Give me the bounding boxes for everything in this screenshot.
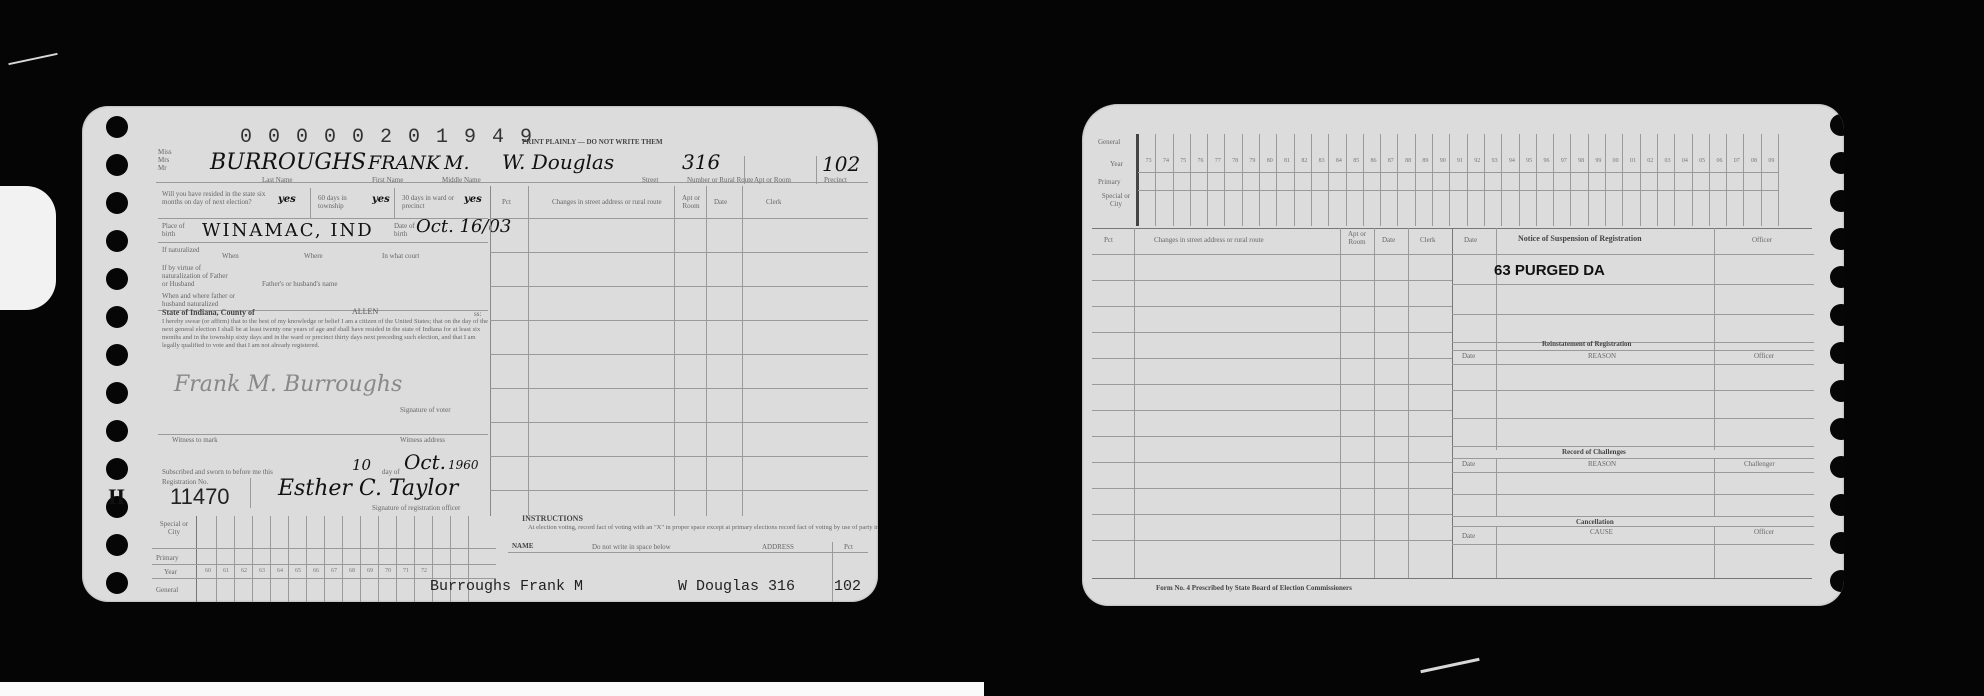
reinstatement-officer-label: Officer: [1754, 352, 1774, 360]
voting-record-back: General Year Primary Special or City 737…: [1094, 134, 1814, 226]
section-mark: II: [108, 484, 125, 510]
divider: [1092, 578, 1812, 579]
grid-line: [1570, 134, 1571, 226]
typed-name: Burroughs Frank M: [430, 578, 583, 595]
reinstatement-heading: Reinstatement of Registration: [1542, 340, 1631, 348]
do-not-write-label: Do not write in space below: [592, 543, 671, 551]
apt-label: Apt or Room: [754, 176, 791, 184]
oath-text: I hereby swear (or affirm) that to the b…: [162, 318, 492, 350]
father-when-where-label: When and where father or husband natural…: [162, 292, 242, 308]
challenges-heading: Record of Challenges: [1562, 448, 1626, 456]
changes-header: Changes in street address or rural route: [1154, 236, 1264, 244]
challenges-reason-label: REASON: [1588, 460, 1616, 468]
naturalized-where-label: Where: [304, 252, 323, 260]
punch-hole: [106, 420, 128, 442]
grid-line: [1484, 134, 1485, 226]
divider: [1092, 280, 1452, 281]
divider: [250, 478, 251, 508]
suspension-officer-label: Officer: [1752, 236, 1772, 244]
date-header: Date: [714, 198, 727, 206]
film-artifact-left: [0, 186, 56, 310]
apt-room-header: Apt or Room: [1342, 230, 1372, 246]
punch-hole: [106, 306, 128, 328]
grid-line: [1657, 134, 1658, 226]
punch-hole: [106, 154, 128, 176]
divider: [528, 186, 529, 516]
residence-township-question: 60 days in township: [318, 194, 368, 210]
punch-hole: [1830, 380, 1844, 402]
precinct-label: Precinct: [824, 176, 847, 184]
punch-hole: [1830, 152, 1844, 174]
card-serial-number: 0 0 0 0 0 2 0 1 9 4 9: [240, 126, 534, 149]
street-value: W. Douglas: [502, 150, 614, 174]
oath-ss: ss:: [474, 310, 481, 318]
punch-hole: [1830, 114, 1844, 136]
witness-address-label: Witness address: [400, 436, 445, 444]
grid-line: [1692, 134, 1693, 226]
subscribed-label: Subscribed and sworn to before me this: [162, 468, 273, 476]
divider: [742, 186, 743, 516]
registration-card-front: 0 0 0 0 0 2 0 1 9 4 9 PRINT PLAINLY — DO…: [82, 106, 878, 602]
grid-line: [1276, 134, 1277, 226]
divider: [1092, 358, 1452, 359]
residence-state-question: Will you have resided in the state six m…: [162, 190, 272, 206]
punch-hole: [106, 230, 128, 252]
grid-line: [1155, 134, 1156, 226]
divider: [490, 218, 868, 219]
middle-name-value: M.: [444, 152, 470, 174]
cancellation-date-label: Date: [1462, 532, 1475, 540]
instructions-heading: INSTRUCTIONS: [522, 514, 583, 523]
last-name-value: BURROUGHS: [210, 150, 366, 175]
punch-hole: [106, 458, 128, 480]
vote-row-year: Year: [1110, 160, 1123, 168]
birth-date-value: Oct. 16/03: [416, 216, 511, 237]
apt-room-header: Apt or Room: [678, 194, 704, 210]
divider: [832, 542, 833, 602]
vote-row-primary: Primary: [156, 554, 179, 562]
punch-hole: [1830, 418, 1844, 440]
precinct-value: 102: [822, 152, 860, 176]
grid-line: [1622, 134, 1623, 226]
divider: [394, 188, 395, 218]
divider: [1092, 436, 1452, 437]
punch-hole: [1830, 304, 1844, 326]
residence-ward-answer: yes: [464, 194, 482, 205]
footer-address-label: ADDRESS: [762, 543, 794, 551]
divider: [1092, 540, 1452, 541]
form-footer: Form No. 4 Prescribed by State Board of …: [1156, 584, 1352, 592]
vote-row-year: Year: [164, 568, 177, 576]
date-header: Date: [1382, 236, 1395, 244]
divider: [490, 320, 868, 321]
punch-hole: [106, 268, 128, 290]
vote-row-special: Special or City: [154, 520, 194, 536]
punch-hole: [106, 572, 128, 594]
grid-line: [1501, 134, 1502, 226]
father-name-label: Father's or husband's name: [262, 280, 337, 288]
grid-line: [1294, 134, 1295, 226]
punch-hole: [106, 116, 128, 138]
birth-date-label: Date of birth: [394, 222, 418, 238]
grid-line: [1380, 134, 1381, 226]
vote-row-primary: Primary: [1098, 178, 1121, 186]
punch-hole: [1830, 342, 1844, 364]
changes-header: Changes in street address or rural route: [552, 198, 662, 206]
naturalized-court-label: In what court: [382, 252, 419, 260]
punch-hole: [106, 344, 128, 366]
grid-line: [1467, 134, 1468, 226]
divider: [1092, 332, 1452, 333]
grid-line: [1346, 134, 1347, 226]
grid-line: [1173, 134, 1174, 226]
suspension-section: Date Notice of Suspension of Registratio…: [1452, 228, 1814, 578]
vote-row-general: General: [1098, 138, 1120, 146]
film-scratch: [1420, 658, 1479, 673]
cancellation-cause-label: CAUSE: [1590, 528, 1613, 536]
grid-line: [1605, 134, 1606, 226]
divider: [490, 354, 868, 355]
film-scratch: [8, 53, 57, 65]
subscribed-year: 1960: [448, 458, 479, 472]
grid-line: [1709, 134, 1710, 226]
punch-hole: [1830, 494, 1844, 516]
divider: [490, 286, 868, 287]
subscribed-month: Oct.: [404, 450, 446, 474]
naturalized-label: If naturalized: [162, 246, 202, 254]
grid-line: [1242, 134, 1243, 226]
divider: [310, 188, 311, 218]
punch-hole: [106, 192, 128, 214]
divider: [1092, 410, 1452, 411]
film-artifact-bottom-strip: [0, 682, 984, 696]
footer-pct-label: Pct: [844, 543, 853, 551]
grid-line: [1432, 134, 1433, 226]
purged-stamp: 63 PURGED DA: [1494, 262, 1605, 279]
divider: [158, 242, 488, 243]
middle-name-label: Middle Name: [442, 176, 481, 184]
divider: [508, 552, 868, 553]
grid-line: [1778, 134, 1779, 226]
residence-ward-question: 30 days in ward or precinct: [402, 194, 462, 210]
divider: [1092, 514, 1452, 515]
divider: [674, 186, 675, 516]
naturalized-when-label: When: [222, 252, 239, 260]
divider: [490, 456, 868, 457]
subscribed-day: 10: [352, 456, 371, 474]
punch-hole: [1830, 190, 1844, 212]
title-label-mr: Mr: [158, 164, 167, 172]
divider: [158, 434, 488, 435]
cancellation-heading: Cancellation: [1576, 518, 1614, 526]
clerk-header: Clerk: [1420, 236, 1436, 244]
divider: [490, 252, 868, 253]
title-label-mrs: Mrs: [158, 156, 169, 164]
first-name-value: FRANK: [368, 152, 440, 174]
challenges-challenger-label: Challenger: [1744, 460, 1775, 468]
witness-mark-label: Witness to mark: [172, 436, 218, 444]
oath-heading: State of Indiana, County of: [162, 308, 255, 317]
vote-row-general: General: [156, 586, 178, 594]
grid-line: [1259, 134, 1260, 226]
registration-officer-label: Signature of registration officer: [372, 504, 460, 512]
house-number-value: 316: [682, 150, 720, 174]
registration-officer-signature: Esther C. Taylor: [278, 476, 458, 501]
divider: [1092, 306, 1452, 307]
grid-line: [1519, 134, 1520, 226]
grid-line: [1415, 134, 1416, 226]
divider: [490, 186, 491, 516]
grid-line: [1553, 134, 1554, 226]
instructions-text: At election voting, record fact of votin…: [528, 524, 878, 532]
divider: [816, 156, 817, 184]
divider: [744, 156, 745, 184]
divider: [706, 186, 707, 516]
punch-hole: [1830, 570, 1844, 592]
reinstatement-date-label: Date: [1462, 352, 1475, 360]
grid-line: [1224, 134, 1225, 226]
birth-place-value: WINAMAC, IND: [202, 220, 374, 241]
divider: [490, 490, 868, 491]
birth-place-label: Place of birth: [162, 222, 192, 238]
divider: [1092, 488, 1452, 489]
vote-row-special: Special or City: [1098, 192, 1134, 208]
residence-state-answer: yes: [278, 194, 296, 205]
grid-line: [1190, 134, 1191, 226]
punch-hole: [1830, 532, 1844, 554]
divider: [490, 388, 868, 389]
grid-line: [1743, 134, 1744, 226]
cancellation-officer-label: Officer: [1754, 528, 1774, 536]
grid-line: [1328, 134, 1329, 226]
grid-line: [1207, 134, 1208, 226]
residence-township-answer: yes: [372, 194, 390, 205]
grid-line: [1761, 134, 1762, 226]
father-naturalization-question: If by virtue of naturalization of Father…: [162, 264, 232, 288]
day-of-label: day of: [382, 468, 400, 476]
punch-hole: [106, 534, 128, 556]
divider: [1092, 254, 1452, 255]
punch-hole: [1830, 266, 1844, 288]
last-name-label: Last Name: [262, 176, 293, 184]
divider: [1092, 384, 1452, 385]
suspension-date-label: Date: [1464, 236, 1477, 244]
grid-line: [1640, 134, 1641, 226]
title-label-miss: Miss: [158, 148, 172, 156]
grid-line: [1588, 134, 1589, 226]
clerk-header: Clerk: [766, 198, 782, 206]
voter-signature-label: Signature of voter: [400, 406, 451, 414]
grid-line: [1311, 134, 1312, 226]
grid-line: [1674, 134, 1675, 226]
oath-county: ALLEN: [352, 308, 378, 316]
header-note: PRINT PLAINLY — DO NOT WRITE THEM: [522, 138, 663, 146]
pct-header: Pct: [502, 198, 511, 206]
typed-address: W Douglas 316: [678, 578, 795, 595]
punch-hole: [1830, 456, 1844, 478]
grid-line: [1363, 134, 1364, 226]
registration-card-back: General Year Primary Special or City 737…: [1082, 104, 1844, 606]
street-label: Street: [642, 176, 658, 184]
grid-line: [1726, 134, 1727, 226]
footer-name-label: NAME: [512, 542, 533, 550]
registration-number: 11470: [170, 484, 230, 510]
grid-line: [1536, 134, 1537, 226]
typed-precinct: 102: [834, 578, 861, 595]
punch-hole: [106, 382, 128, 404]
suspension-heading: Notice of Suspension of Registration: [1518, 234, 1642, 243]
challenges-date-label: Date: [1462, 460, 1475, 468]
divider: [490, 422, 868, 423]
voter-signature: Frank M. Burroughs: [174, 372, 402, 397]
pct-header: Pct: [1104, 236, 1113, 244]
punch-hole: [1830, 228, 1844, 250]
first-name-label: First Name: [372, 176, 403, 184]
grid-line: [1397, 134, 1398, 226]
divider: [1092, 462, 1452, 463]
reinstatement-reason-label: REASON: [1588, 352, 1616, 360]
grid-line: [1449, 134, 1450, 226]
